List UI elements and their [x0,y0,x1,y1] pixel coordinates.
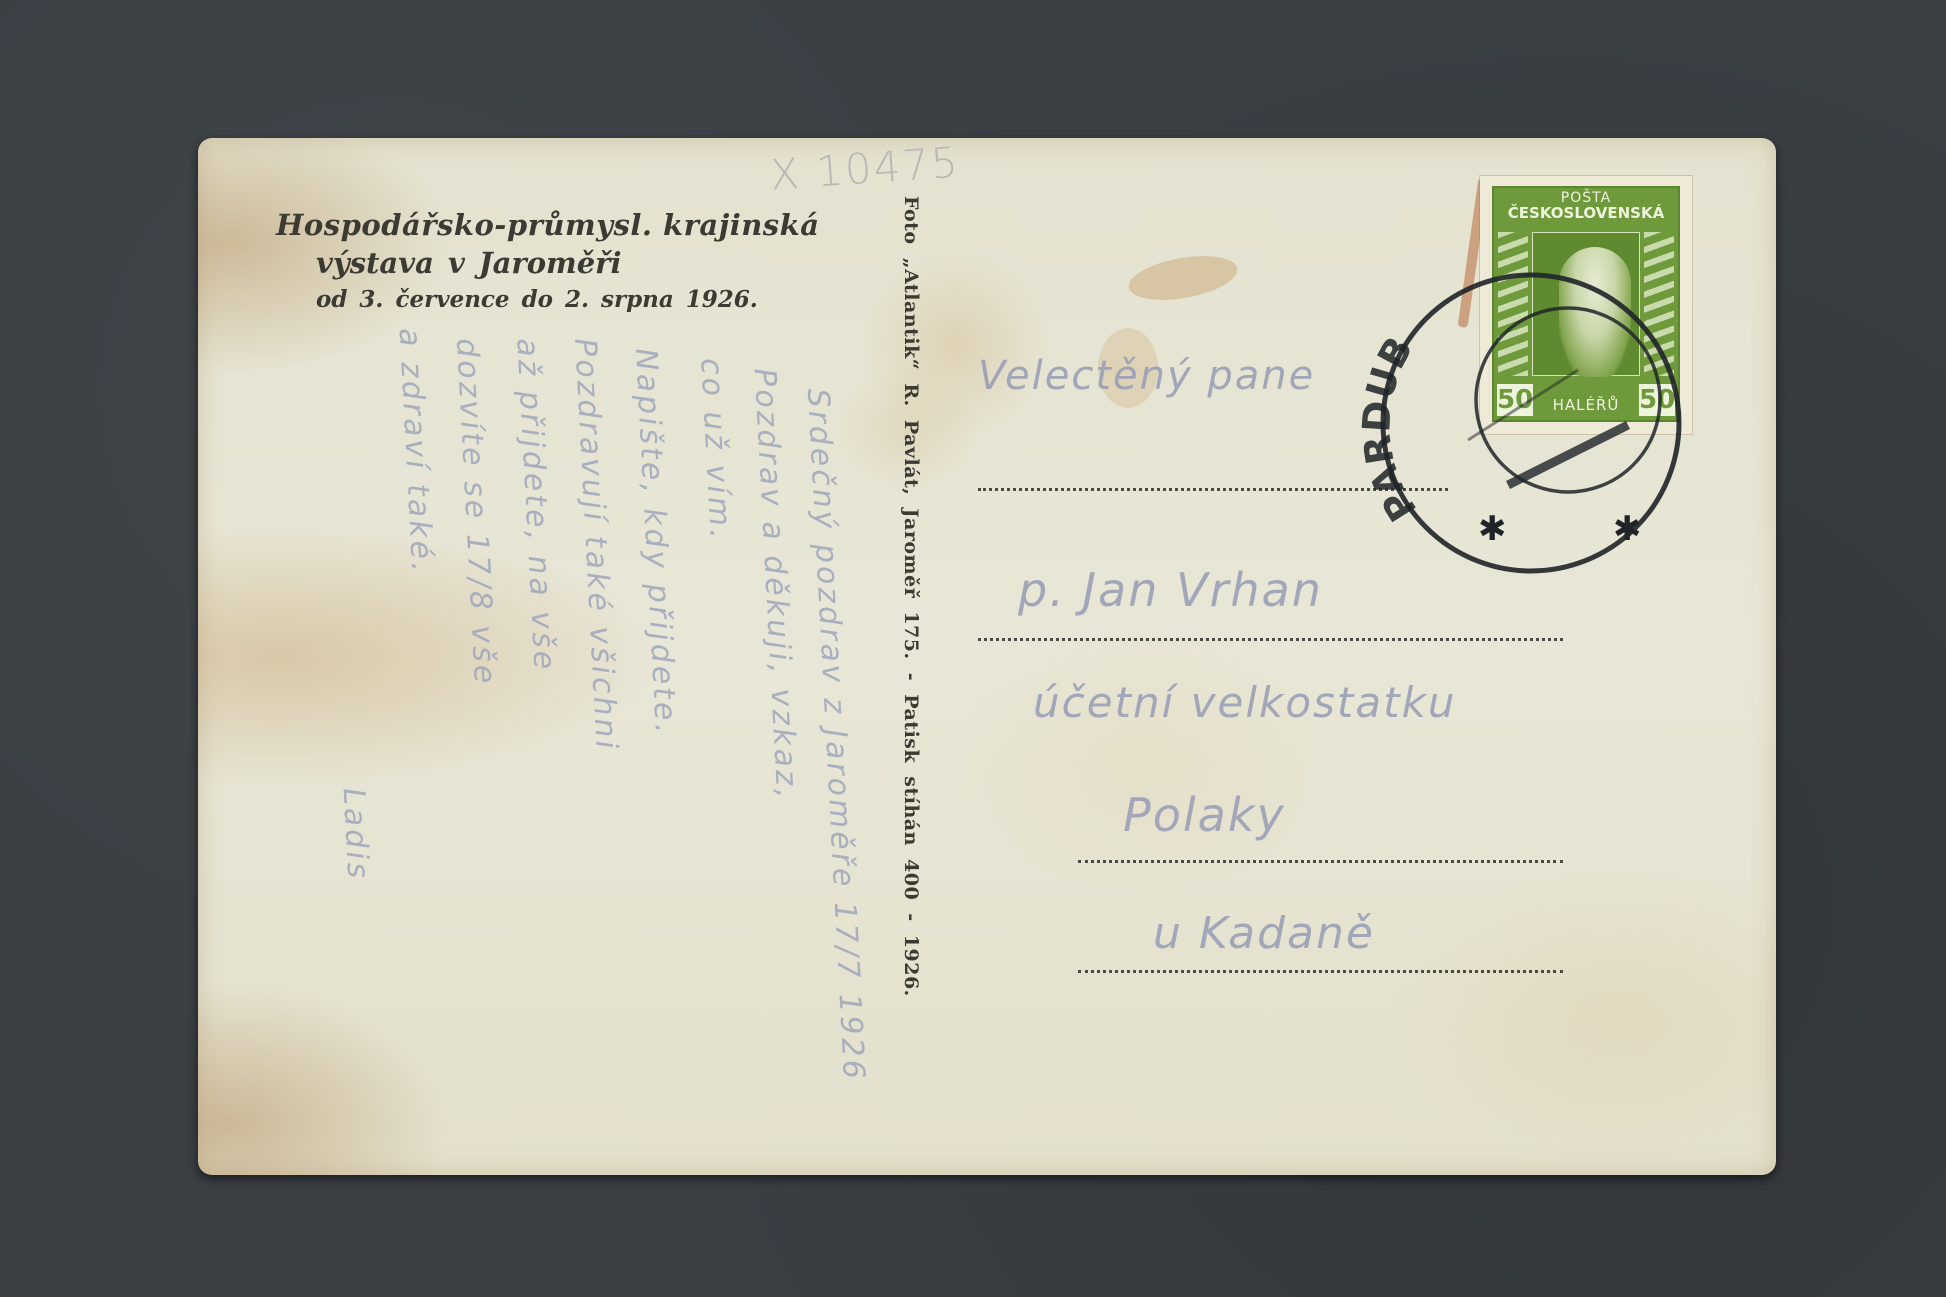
address-dotted-line [1078,970,1563,973]
title-line-1: Hospodářsko-průmysl. krajinská [276,208,820,242]
address-dotted-line [1078,860,1563,863]
postmark-star-icon: ✱ [1613,509,1642,549]
stain [1125,249,1240,307]
stamp-value: 50 [1497,384,1533,416]
message-line: Pozdrav a děkuji, vzkaz, [747,367,805,802]
address-name: p. Jan Vrhan [1018,563,1323,617]
address-occupation: účetní velkostatku [1033,678,1457,727]
address-town: Polaky [1123,788,1286,842]
archive-number: X 10475 [769,137,962,199]
stamp-portrait [1532,232,1640,376]
postmark-town: PARDUB [1358,330,1425,530]
address-locality: u Kadaně [1153,908,1375,959]
title-line-2: výstava v Jaroměři [316,246,820,280]
stamp-header: POŠTA ČESKOSLOVENSKÁ [1494,191,1678,221]
message-line: Napište, kdy přijdete. [628,347,683,736]
title-line-3: od 3. července do 2. srpna 1926. [316,286,820,313]
address-dotted-line [978,488,1448,491]
portrait-icon [1559,247,1631,377]
postmark-star-icon: ✱ [1478,509,1507,549]
message-line: až přijdete, na vše [509,337,561,673]
laurel-ornament-icon [1644,232,1674,376]
stamp-currency: HALÉŘŮ [1538,396,1634,414]
laurel-ornament-icon [1498,232,1528,376]
message-line: dozvíte se 17/8 vše [449,337,502,687]
handwritten-message: Srdečný pozdrav z Jaroměře 17/7 1926 Poz… [258,368,818,1008]
message-line: Srdečný pozdrav z Jaroměře 17/7 1926 [800,388,871,1083]
address-salutation: Velectěný pane [978,353,1315,399]
postcard: X 10475 Hospodářsko-průmysl. krajinská v… [198,138,1776,1175]
message-signature: Ladis [336,787,376,882]
postage-stamp: POŠTA ČESKOSLOVENSKÁ 50 HALÉŘŮ 50 [1480,176,1692,434]
photo-credit: Foto „Atlantik“ R. Pavlát, Jaroměř 175. … [900,196,922,997]
printed-title: Hospodářsko-průmysl. krajinská výstava v… [276,208,820,313]
message-line: co už vím. [693,357,738,542]
address-dotted-line [978,638,1563,641]
stamp-value: 50 [1639,384,1675,416]
message-line: Pozdravují také všichni [567,337,624,752]
message-line: a zdraví také. [392,327,440,575]
svg-text:PARDUB: PARDUB [1358,330,1425,530]
